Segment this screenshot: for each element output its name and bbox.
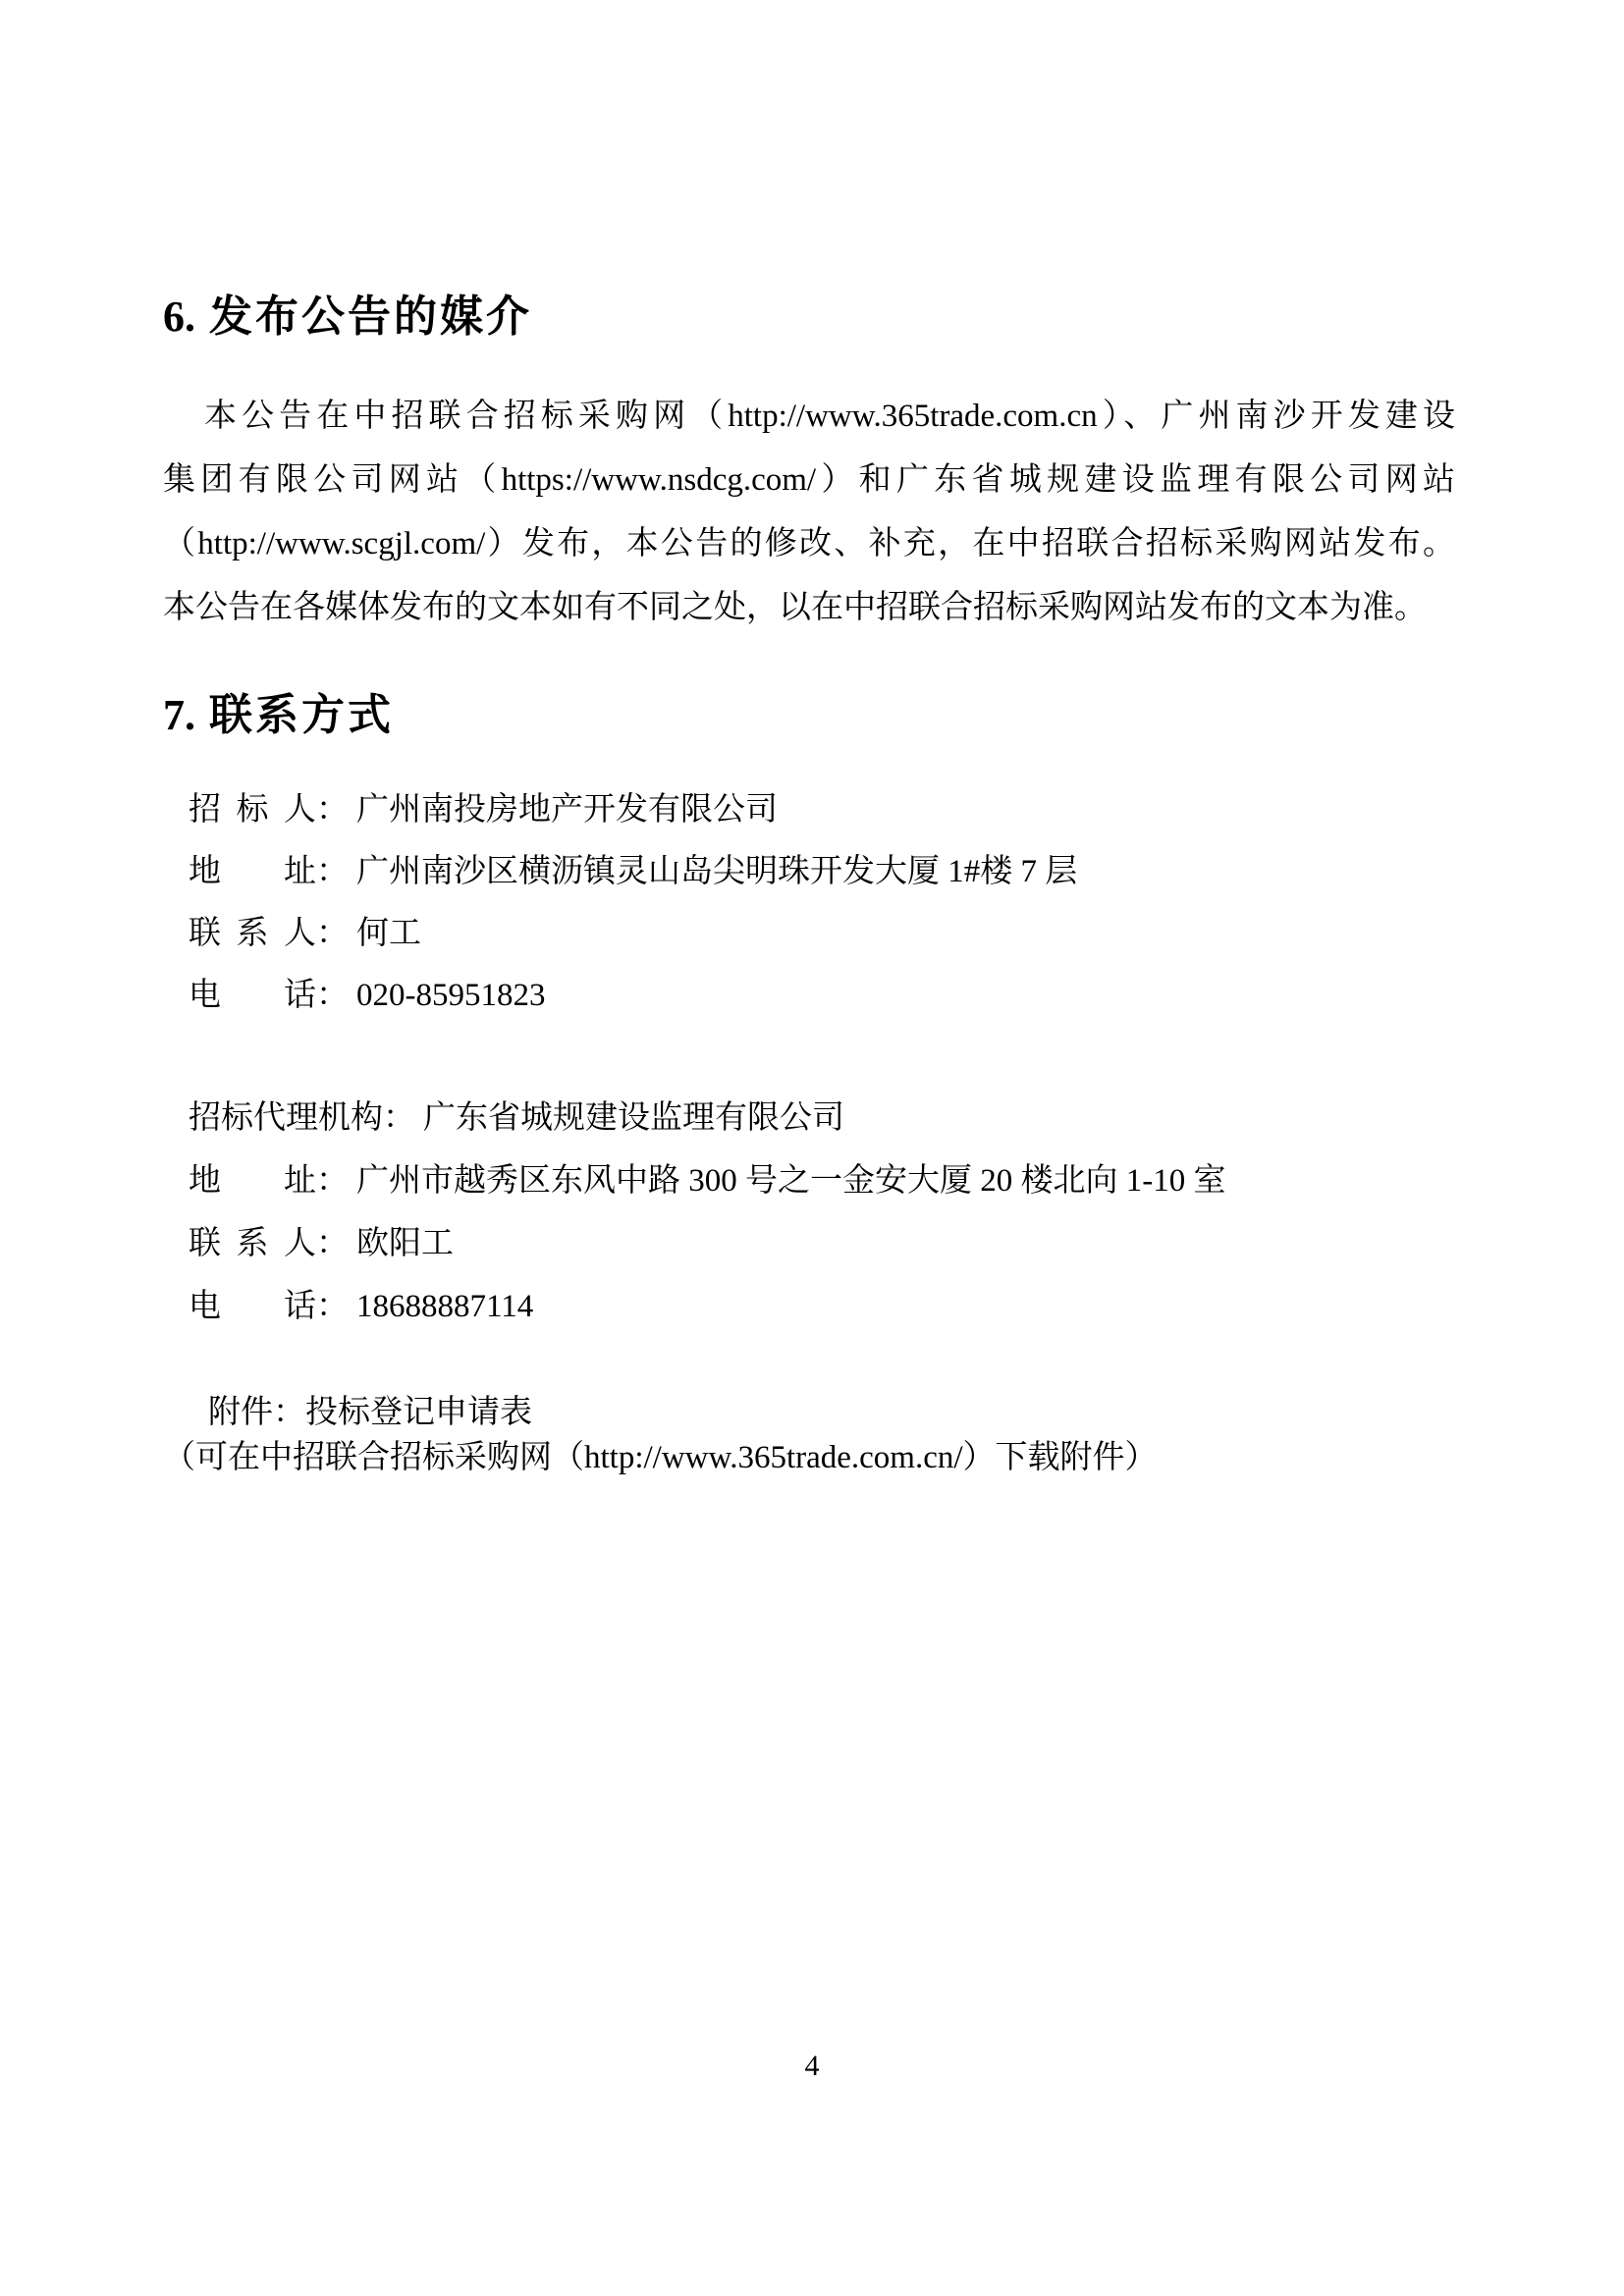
label-colon: ： (316, 1289, 349, 1324)
document-page: 6.发布公告的媒介 本公告在中招联合招标采购网（http://www.365tr… (0, 0, 1624, 2296)
section-6-title: 发布公告的媒介 (209, 293, 532, 341)
contact-row-agency-phone: 电话：18688887114 (189, 1275, 1226, 1338)
contact-label: 招标人 (189, 779, 316, 841)
label-colon: ： (316, 1226, 349, 1261)
section-7-heading: 7.联系方式 (163, 679, 394, 742)
contact-row-agency-person: 联系人：欧阳工 (189, 1212, 1226, 1275)
section-6-number: 6. (163, 293, 195, 341)
contact-value: 广州市越秀区东风中路 300 号之一金安大厦 20 楼北向 1-10 室 (356, 1163, 1226, 1199)
announcement-media-paragraph: 本公告在中招联合招标采购网（http://www.365trade.com.cn… (163, 385, 1455, 640)
contact-row-tenderer-address: 地址：广州南沙区横沥镇灵山岛尖明珠开发大厦 1#楼 7 层 (189, 841, 1077, 903)
tenderer-contact-block: 招标人：广州南投房地产开发有限公司 地址：广州南沙区横沥镇灵山岛尖明珠开发大厦 … (189, 779, 1077, 1027)
contact-row-tenderer-person: 联系人：何工 (189, 903, 1077, 965)
contact-label: 联系人 (189, 1212, 316, 1275)
contact-value: 广州南投房地产开发有限公司 (356, 792, 778, 828)
section-6-heading: 6.发布公告的媒介 (163, 281, 532, 344)
attachment-download-line: （可在中招联合招标采购网（http://www.365trade.com.cn/… (163, 1435, 1158, 1480)
paragraph-line: 本公告在中招联合招标采购网（http://www.365trade.com.cn… (163, 385, 1455, 449)
paragraph-line: 集团有限公司网站（https://www.nsdcg.com/）和广东省城规建设… (163, 449, 1455, 512)
contact-row-agency-name: 招标代理机构：广东省城规建设监理有限公司 (189, 1087, 1226, 1149)
contact-row-tenderer-name: 招标人：广州南投房地产开发有限公司 (189, 779, 1077, 841)
contact-value: 广州南沙区横沥镇灵山岛尖明珠开发大厦 1#楼 7 层 (356, 854, 1077, 889)
label-colon: ： (383, 1100, 415, 1136)
contact-value: 何工 (356, 916, 421, 951)
label-colon: ： (316, 916, 349, 951)
attachment-note: 附件：投标登记申请表 （可在中招联合招标采购网（http://www.365tr… (163, 1390, 1158, 1480)
paragraph-line: 本公告在各媒体发布的文本如有不同之处，以在中招联合招标采购网站发布的文本为准。 (163, 576, 1455, 640)
label-colon: ： (316, 792, 349, 828)
contact-row-agency-address: 地址：广州市越秀区东风中路 300 号之一金安大厦 20 楼北向 1-10 室 (189, 1149, 1226, 1212)
contact-label: 联系人 (189, 903, 316, 965)
contact-value: 欧阳工 (356, 1226, 454, 1261)
contact-value: 广东省城规建设监理有限公司 (423, 1100, 844, 1136)
section-7-number: 7. (163, 691, 195, 739)
contact-row-tenderer-phone: 电话：020-85951823 (189, 965, 1077, 1027)
contact-label: 招标代理机构 (189, 1087, 383, 1149)
contact-label: 电话 (189, 1275, 316, 1338)
contact-label: 地址 (189, 841, 316, 903)
section-7-title: 联系方式 (209, 691, 394, 739)
agency-contact-block: 招标代理机构：广东省城规建设监理有限公司 地址：广州市越秀区东风中路 300 号… (189, 1087, 1226, 1338)
label-colon: ： (316, 854, 349, 889)
label-colon: ： (316, 978, 349, 1013)
page-number: 4 (0, 2050, 1624, 2083)
contact-value: 18688887114 (356, 1289, 533, 1324)
contact-label: 地址 (189, 1149, 316, 1212)
paragraph-line: （http://www.scgjl.com/）发布，本公告的修改、补充，在中招联… (163, 512, 1455, 576)
attachment-title-line: 附件：投标登记申请表 (163, 1390, 1158, 1435)
label-colon: ： (316, 1163, 349, 1199)
contact-label: 电话 (189, 965, 316, 1027)
contact-value: 020-85951823 (356, 978, 546, 1013)
